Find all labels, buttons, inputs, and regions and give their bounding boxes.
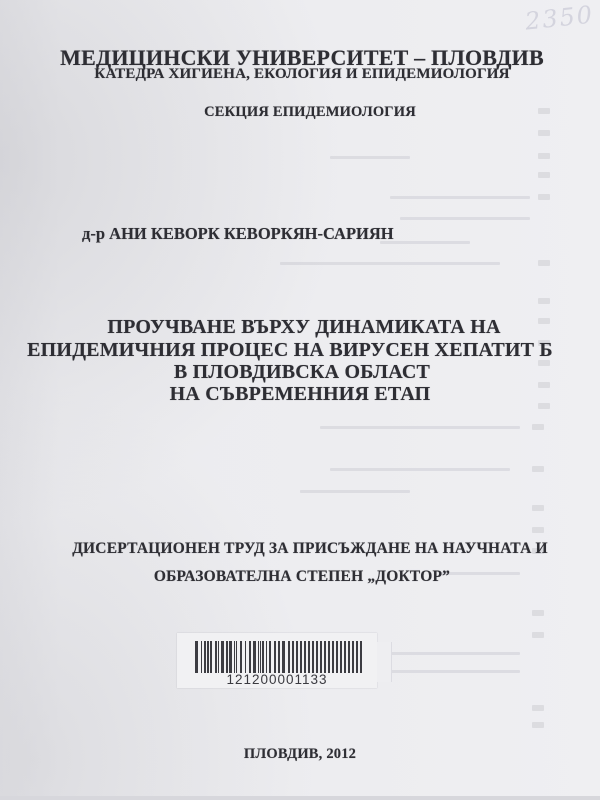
section-name: СЕКЦИЯ ЕПИДЕМИОЛОГИЯ bbox=[10, 104, 600, 121]
degree-line: ДИСЕРТАЦИОНЕН ТРУД ЗА ПРИСЪЖДАНЕ НА НАУЧ… bbox=[10, 540, 600, 558]
department-name: КАТЕДРА ХИГИЕНА, ЕКОЛОГИЯ И ЕПИДЕМИОЛОГИ… bbox=[2, 66, 600, 83]
page-edge bbox=[0, 796, 600, 800]
place-and-year: ПЛОВДИВ, 2012 bbox=[0, 746, 600, 763]
title-line: ЕПИДЕМИЧНИЯ ПРОЦЕС НА ВИРУСЕН ХЕПАТИТ Б bbox=[0, 339, 590, 362]
handwritten-inventory-mark: 2350 bbox=[524, 0, 596, 35]
title-line: ПРОУЧВАНЕ ВЪРХУ ДИНАМИКАТА НА bbox=[4, 316, 600, 339]
degree-line: ОБРАЗОВАТЕЛНА СТЕПЕН „ДОКТОР” bbox=[2, 568, 600, 586]
barcode-icon bbox=[195, 641, 363, 673]
barcode-number: 121200001133 bbox=[177, 672, 377, 687]
scanned-title-page: 2350 МЕДИЦИНСКИ УНИВЕРСИТЕТ bbox=[0, 0, 600, 800]
barcode-label-tab bbox=[377, 642, 392, 682]
title-line: НА СЪВРЕМЕННИЯ ЕТАП bbox=[0, 383, 600, 406]
author: д-р АНИ КЕВОРК КЕВОРКЯН-САРИЯН bbox=[82, 224, 394, 244]
author-title-prefix: д-р bbox=[82, 224, 105, 243]
title-line: В ПЛОВДИВСКА ОБЛАСТ bbox=[2, 361, 600, 384]
author-name: АНИ КЕВОРК КЕВОРКЯН-САРИЯН bbox=[109, 224, 393, 243]
library-barcode-label: 121200001133 bbox=[177, 633, 377, 688]
